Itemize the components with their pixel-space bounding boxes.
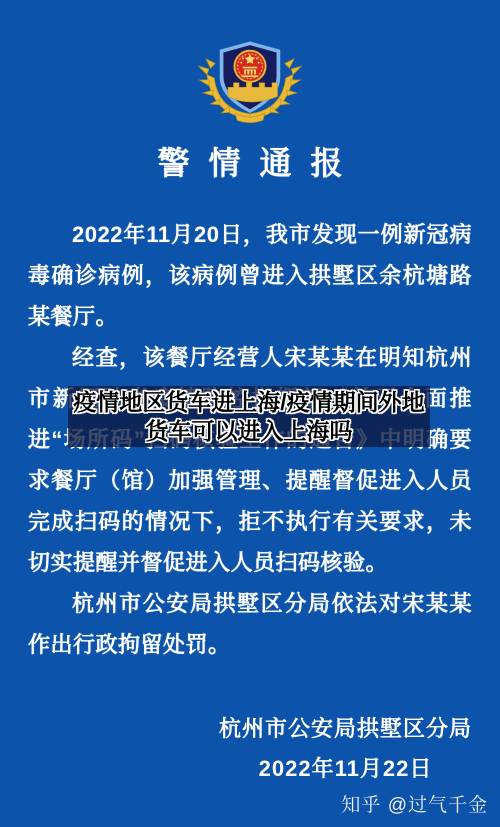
signature-date: 2022年11月22日: [219, 754, 472, 784]
signature-block: 杭州市公安局拱墅区分局 2022年11月22日: [219, 714, 472, 784]
notice-paragraph-3: 杭州市公安局拱墅区分局依法对宋某某作出行政拘留处罚。: [28, 583, 472, 665]
caption-line-2: 货车可以进入上海吗: [146, 417, 353, 446]
national-emblem: [234, 51, 265, 82]
police-badge-icon: [195, 36, 305, 124]
caption-overlay: 疫情地区货车进上海/疫情期间外地 货车可以进入上海吗: [68, 386, 430, 447]
signature-agency: 杭州市公安局拱墅区分局: [219, 714, 472, 744]
caption-line-1: 疫情地区货车进上海/疫情期间外地: [73, 388, 424, 417]
notice-title: 警情通报: [0, 138, 500, 184]
police-notice-poster: 警情通报 2022年11月20日，我市发现一例新冠病毒确诊病例，该病例曾进入拱墅…: [0, 0, 500, 827]
badge-container: [0, 36, 500, 124]
notice-paragraph-2: 经查，该餐厅经营人宋某某在明知杭州市新冠肺炎疫情防控指挥部《关于全面推进“场所码…: [28, 337, 472, 583]
zhihu-watermark: 知乎 @过气千金: [341, 790, 488, 817]
notice-paragraph-1: 2022年11月20日，我市发现一例新冠病毒确诊病例，该病例曾进入拱墅区余杭塘路…: [28, 214, 472, 337]
